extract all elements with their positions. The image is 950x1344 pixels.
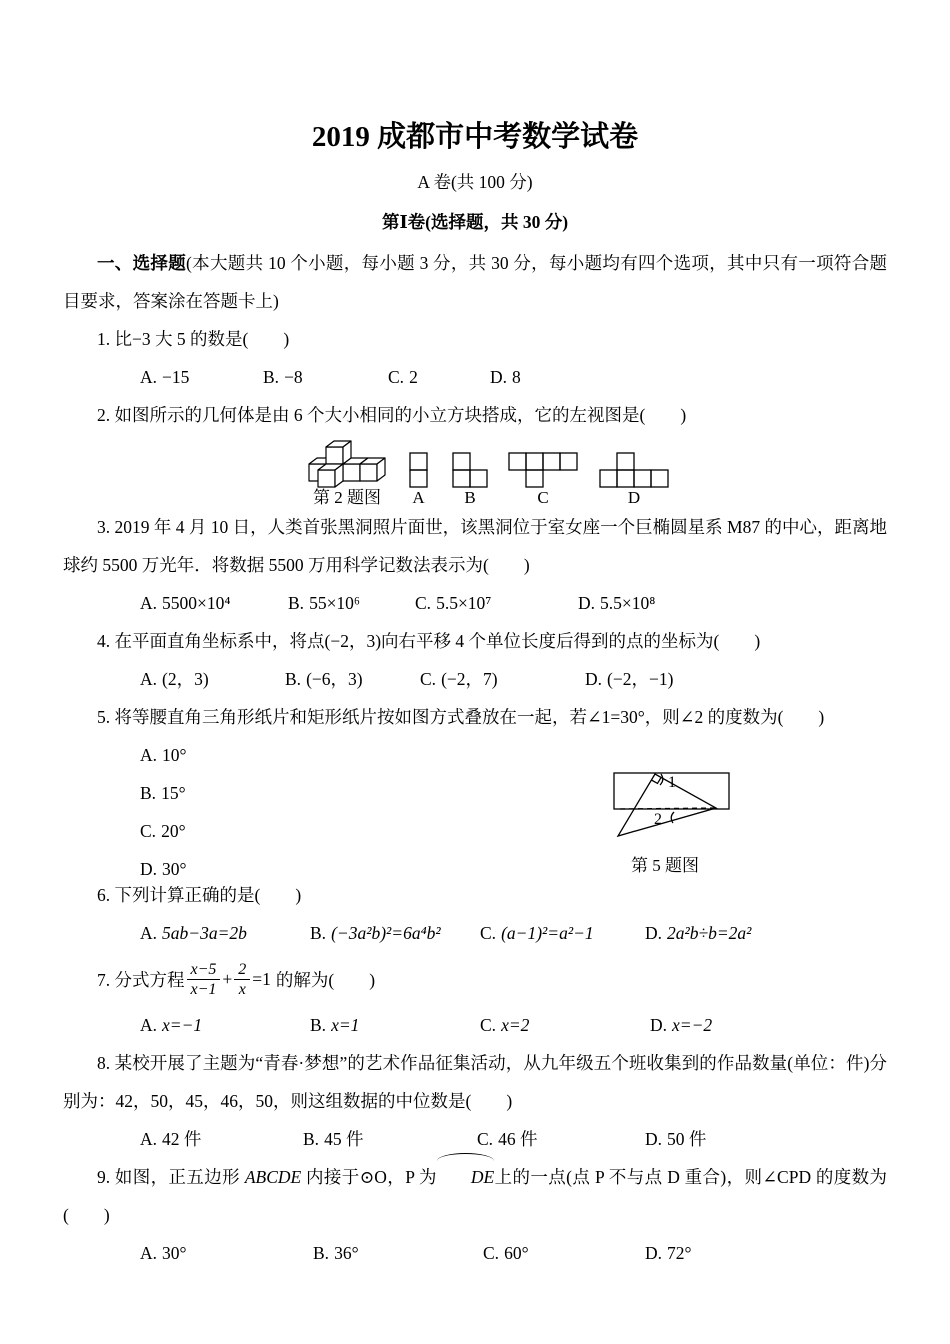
q5-option-d-row: D.30° [63, 850, 887, 888]
q4-option-c: C.(−2，7) [420, 660, 585, 698]
q7-prefix: 7. 分式方程 [97, 967, 185, 992]
q9-option-c: C.60° [483, 1234, 645, 1272]
question-9-options: A.30° B.36° C.60° D.72° [63, 1234, 887, 1272]
q1-option-b: B.−8 [263, 358, 388, 396]
q3-option-a: A.5500×10⁴ [140, 584, 288, 622]
view-option-b-figure: B [452, 452, 488, 508]
paper-title: 2019 成都市中考数学试卷 [63, 120, 887, 154]
instructions-text: (本大题共 10 个小题，每小题 3 分，共 30 分，每小题均有四个选项，其中… [63, 253, 887, 311]
q5-option-c-row: C.20° [63, 812, 887, 850]
arc-DE: DE [437, 1158, 494, 1196]
q7-suffix: 的解为( ) [276, 967, 375, 992]
view-a-label: A [412, 488, 424, 508]
question-4-options: A.(2，3) B.(−6，3) C.(−2，7) D.(−2，−1) [63, 660, 887, 698]
section-instructions: 一、选择题(本大题共 10 个小题，每小题 3 分，共 30 分，每小题均有四个… [63, 244, 887, 320]
pentagon-name: ABCDE [245, 1167, 301, 1187]
q7-option-c: C.x=2 [480, 1006, 650, 1044]
view-b-image [452, 452, 488, 488]
q6-option-a: A.5ab−3a=2b [140, 914, 310, 952]
question-5-block: 5. 将等腰直角三角形纸片和矩形纸片按如图方式叠放在一起，若∠1=30°，则∠2… [63, 698, 887, 888]
view-c-image [508, 452, 578, 488]
view-option-a-figure: A [409, 452, 428, 508]
question-1-options: A.−15 B.−8 C.2 D.8 [63, 358, 887, 396]
question-3: 3. 2019 年 4 月 10 日，人类首张黑洞照片面世，该黑洞位于室女座一个… [63, 508, 887, 584]
q3-option-d: D.5.5×10⁸ [578, 584, 655, 622]
view-d-label: D [628, 488, 640, 508]
question-7: 7. 分式方程 x−5x−1 + 2x =1 的解为( ) [63, 952, 887, 1006]
question-5-figure: 1 2 第 5 题图 [595, 765, 735, 876]
q7-option-a: A.x=−1 [140, 1006, 310, 1044]
q7-fraction-1: x−5x−1 [187, 960, 221, 999]
q9-option-b: B.36° [313, 1234, 483, 1272]
question-2-figure-row: 第 2 题图 A B C D [307, 434, 887, 508]
exam-paper: 2019 成都市中考数学试卷 A 卷(共 100 分) 第Ⅰ卷(选择题，共 30… [0, 0, 950, 1344]
question-9: 9. 如图，正五边形 ABCDE 内接于⊙O，P 为DE上的一点(点 P 不与点… [63, 1158, 887, 1234]
q6-option-c: C.(a−1)²=a²−1 [480, 914, 645, 952]
view-d-image [599, 452, 669, 488]
question-2: 2. 如图所示的几何体是由 6 个大小相同的小立方块搭成，它的左视图是( ) [63, 396, 887, 434]
q4-option-d: D.(−2，−1) [585, 660, 673, 698]
q1-option-d: D.8 [490, 358, 521, 396]
question-8-options: A.42 件 B.45 件 C.46 件 D.50 件 [63, 1120, 887, 1158]
isometric-cubes-image [307, 436, 387, 488]
q1-option-c: C.2 [388, 358, 490, 396]
q5-figure-caption: 第 5 题图 [595, 856, 735, 876]
view-option-d-figure: D [599, 452, 669, 508]
question-5: 5. 将等腰直角三角形纸片和矩形纸片按如图方式叠放在一起，若∠1=30°，则∠2… [63, 698, 887, 736]
q4-option-b: B.(−6，3) [285, 660, 420, 698]
question-3-options: A.5500×10⁴ B.55×10⁶ C.5.5×10⁷ D.5.5×10⁸ [63, 584, 887, 622]
q6-option-b: B.(−3a²b)²=6a⁴b² [310, 914, 480, 952]
q2-figure-caption: 第 2 题图 [313, 488, 381, 508]
cube-stack-figure: 第 2 题图 [307, 436, 387, 508]
question-1: 1. 比−3 大 5 的数是( ) [63, 320, 887, 358]
q7-fraction-2: 2x [234, 960, 250, 999]
q3-option-c: C.5.5×10⁷ [415, 584, 578, 622]
view-a-image [409, 452, 428, 488]
angle-1-label: 1 [668, 774, 676, 791]
q3-option-b: B.55×10⁶ [288, 584, 415, 622]
part1-heading: 第Ⅰ卷(选择题，共 30 分) [63, 210, 887, 234]
q6-option-d: D.2a²b÷b=2a² [645, 914, 751, 952]
q8-option-a: A.42 件 [140, 1120, 303, 1158]
triangle-rectangle-image: 1 2 [595, 765, 735, 843]
q7-equals: =1 [252, 969, 271, 990]
q8-option-b: B.45 件 [303, 1120, 477, 1158]
q5-option-b-row: B.15° [63, 774, 887, 812]
q4-option-a: A.(2，3) [140, 660, 285, 698]
q9-option-d: D.72° [645, 1234, 692, 1272]
q9-option-a: A.30° [140, 1234, 313, 1272]
section-a-heading: A 卷(共 100 分) [63, 170, 887, 194]
question-8: 8. 某校开展了主题为“青春·梦想”的艺术作品征集活动，从九年级五个班收集到的作… [63, 1044, 887, 1120]
q8-option-c: C.46 件 [477, 1120, 645, 1158]
q5-option-a-row: A.10° [63, 736, 887, 774]
instructions-bold-label: 一、选择题 [97, 253, 186, 273]
question-7-options: A.x=−1 B.x=1 C.x=2 D.x=−2 [63, 1006, 887, 1044]
view-b-label: B [464, 488, 475, 508]
question-4: 4. 在平面直角坐标系中，将点(−2，3)向右平移 4 个单位长度后得到的点的坐… [63, 622, 887, 660]
q7-option-b: B.x=1 [310, 1006, 480, 1044]
q7-option-d: D.x=−2 [650, 1006, 712, 1044]
view-option-c-figure: C [508, 452, 578, 508]
view-c-label: C [537, 488, 548, 508]
q7-plus-sign: + [222, 969, 232, 990]
q1-option-a: A.−15 [140, 358, 263, 396]
angle-2-label: 2 [654, 811, 662, 828]
question-6-options: A.5ab−3a=2b B.(−3a²b)²=6a⁴b² C.(a−1)²=a²… [63, 914, 887, 952]
q8-option-d: D.50 件 [645, 1120, 706, 1158]
